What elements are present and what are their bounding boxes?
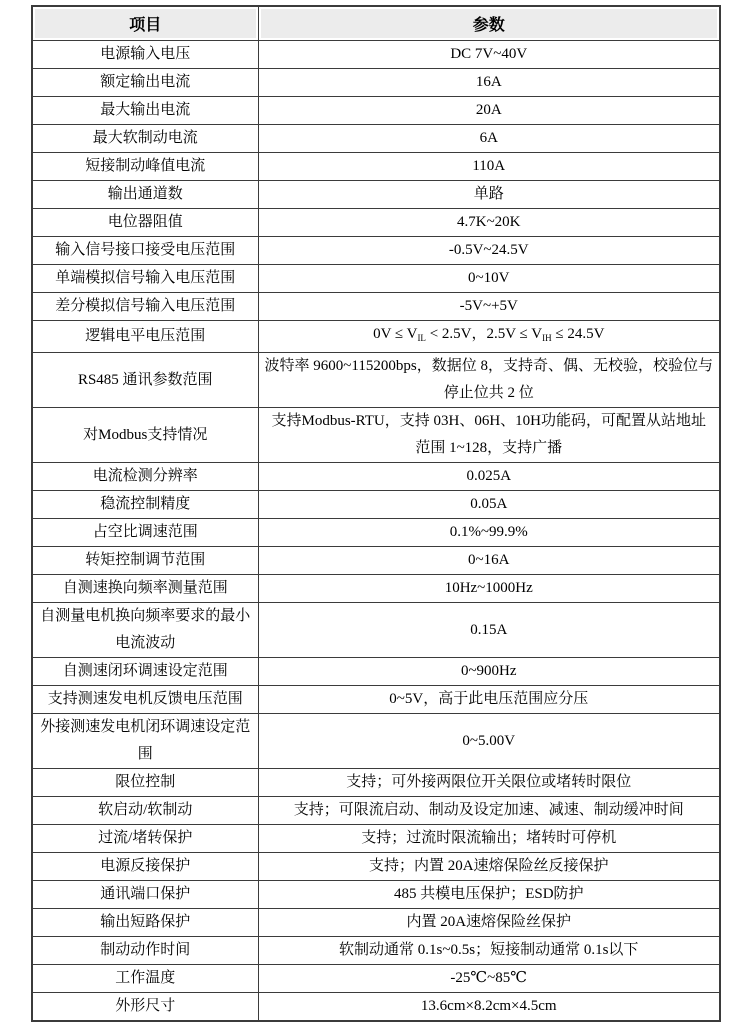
item-cell: 工作温度 bbox=[32, 965, 258, 993]
item-cell: 通讯端口保护 bbox=[32, 881, 258, 909]
param-cell: 内置 20A速熔保险丝保护 bbox=[258, 909, 720, 937]
param-cell: 0~900Hz bbox=[258, 658, 720, 686]
param-cell: 支持；可外接两限位开关限位或堵转时限位 bbox=[258, 769, 720, 797]
table-row: 自测速闭环调速设定范围 0~900Hz bbox=[32, 658, 720, 686]
param-cell: 支持；过流时限流输出；堵转时可停机 bbox=[258, 825, 720, 853]
item-cell: 额定输出电流 bbox=[32, 69, 258, 97]
table-row: 稳流控制精度 0.05A bbox=[32, 491, 720, 519]
param-cell: 10Hz~1000Hz bbox=[258, 575, 720, 603]
item-cell: 输出短路保护 bbox=[32, 909, 258, 937]
table-row: 通讯端口保护 485 共模电压保护；ESD防护 bbox=[32, 881, 720, 909]
item-cell: 软启动/软制动 bbox=[32, 797, 258, 825]
table-row: 输出通道数 单路 bbox=[32, 181, 720, 209]
param-cell: 16A bbox=[258, 69, 720, 97]
item-cell: 输出通道数 bbox=[32, 181, 258, 209]
param-text: 0V ≤ V bbox=[373, 326, 417, 342]
param-subscript: IH bbox=[542, 333, 552, 343]
spec-table-header: 项目 参数 bbox=[32, 6, 720, 41]
table-row: 差分模拟信号输入电压范围 -5V~+5V bbox=[32, 293, 720, 321]
table-row: 对Modbus支持情况 支持Modbus-RTU，支持 03H、06H、10H功… bbox=[32, 408, 720, 463]
table-row: 电流检测分辨率 0.025A bbox=[32, 463, 720, 491]
param-text: < 2.5V，2.5V ≤ V bbox=[426, 326, 542, 342]
table-row: 软启动/软制动 支持；可限流启动、制动及设定加速、减速、制动缓冲时间 bbox=[32, 797, 720, 825]
param-cell: -25℃~85℃ bbox=[258, 965, 720, 993]
param-cell: 0~5.00V bbox=[258, 714, 720, 769]
param-cell: 0.025A bbox=[258, 463, 720, 491]
item-cell: 占空比调速范围 bbox=[32, 519, 258, 547]
param-cell: 20A bbox=[258, 97, 720, 125]
spec-table: 项目 参数 电源输入电压 DC 7V~40V 额定输出电流 16A 最大输出电流… bbox=[31, 5, 721, 1022]
item-cell: 自测速换向频率测量范围 bbox=[32, 575, 258, 603]
item-cell: 最大输出电流 bbox=[32, 97, 258, 125]
table-row: 单端模拟信号输入电压范围 0~10V bbox=[32, 265, 720, 293]
param-cell: 110A bbox=[258, 153, 720, 181]
table-row: 外形尺寸 13.6cm×8.2cm×4.5cm bbox=[32, 993, 720, 1022]
param-cell: 0.15A bbox=[258, 603, 720, 658]
table-row: 电源输入电压 DC 7V~40V bbox=[32, 41, 720, 69]
item-cell: 外形尺寸 bbox=[32, 993, 258, 1022]
table-row: 过流/堵转保护 支持；过流时限流输出；堵转时可停机 bbox=[32, 825, 720, 853]
param-cell: 软制动通常 0.1s~0.5s；短接制动通常 0.1s以下 bbox=[258, 937, 720, 965]
header-row: 项目 参数 bbox=[32, 6, 720, 41]
table-row: 自测速换向频率测量范围 10Hz~1000Hz bbox=[32, 575, 720, 603]
table-row: 短接制动峰值电流 110A bbox=[32, 153, 720, 181]
param-cell: DC 7V~40V bbox=[258, 41, 720, 69]
param-subscript: IL bbox=[417, 333, 426, 343]
item-cell: 过流/堵转保护 bbox=[32, 825, 258, 853]
param-cell: 0.05A bbox=[258, 491, 720, 519]
table-row: 限位控制 支持；可外接两限位开关限位或堵转时限位 bbox=[32, 769, 720, 797]
param-cell: 支持；内置 20A速熔保险丝反接保护 bbox=[258, 853, 720, 881]
param-cell: 0~10V bbox=[258, 265, 720, 293]
item-cell: 电流检测分辨率 bbox=[32, 463, 258, 491]
param-cell: -5V~+5V bbox=[258, 293, 720, 321]
item-cell: 电源反接保护 bbox=[32, 853, 258, 881]
param-cell: 0~16A bbox=[258, 547, 720, 575]
table-row: RS485 通讯参数范围 波特率 9600~115200bps，数据位 8，支持… bbox=[32, 353, 720, 408]
table-row: 最大输出电流 20A bbox=[32, 97, 720, 125]
table-row: 逻辑电平电压范围 0V ≤ VIL < 2.5V，2.5V ≤ VIH ≤ 24… bbox=[32, 321, 720, 353]
table-row: 占空比调速范围 0.1%~99.9% bbox=[32, 519, 720, 547]
param-cell: 支持Modbus-RTU，支持 03H、06H、10H功能码，可配置从站地址范围… bbox=[258, 408, 720, 463]
param-cell: 485 共模电压保护；ESD防护 bbox=[258, 881, 720, 909]
item-cell: 输入信号接口接受电压范围 bbox=[32, 237, 258, 265]
item-cell: 限位控制 bbox=[32, 769, 258, 797]
item-cell: 支持测速发电机反馈电压范围 bbox=[32, 686, 258, 714]
item-cell: 自测量电机换向频率要求的最小电流波动 bbox=[32, 603, 258, 658]
item-cell: 短接制动峰值电流 bbox=[32, 153, 258, 181]
item-cell: 逻辑电平电压范围 bbox=[32, 321, 258, 353]
param-cell: 0~5V，高于此电压范围应分压 bbox=[258, 686, 720, 714]
item-cell: 自测速闭环调速设定范围 bbox=[32, 658, 258, 686]
param-cell: 4.7K~20K bbox=[258, 209, 720, 237]
table-row: 支持测速发电机反馈电压范围 0~5V，高于此电压范围应分压 bbox=[32, 686, 720, 714]
item-cell: 对Modbus支持情况 bbox=[32, 408, 258, 463]
item-cell: 转矩控制调节范围 bbox=[32, 547, 258, 575]
item-cell: 电位器阻值 bbox=[32, 209, 258, 237]
table-row: 额定输出电流 16A bbox=[32, 69, 720, 97]
param-text: ≤ 24.5V bbox=[552, 326, 605, 342]
table-row: 输出短路保护 内置 20A速熔保险丝保护 bbox=[32, 909, 720, 937]
table-row: 电位器阻值 4.7K~20K bbox=[32, 209, 720, 237]
param-cell: 支持；可限流启动、制动及设定加速、减速、制动缓冲时间 bbox=[258, 797, 720, 825]
param-cell: 6A bbox=[258, 125, 720, 153]
table-row: 转矩控制调节范围 0~16A bbox=[32, 547, 720, 575]
param-cell: 单路 bbox=[258, 181, 720, 209]
header-param-cell: 参数 bbox=[258, 6, 720, 41]
item-cell: 差分模拟信号输入电压范围 bbox=[32, 293, 258, 321]
table-row: 制动动作时间 软制动通常 0.1s~0.5s；短接制动通常 0.1s以下 bbox=[32, 937, 720, 965]
item-cell: 电源输入电压 bbox=[32, 41, 258, 69]
item-cell: 最大软制动电流 bbox=[32, 125, 258, 153]
page: 项目 参数 电源输入电压 DC 7V~40V 额定输出电流 16A 最大输出电流… bbox=[0, 0, 750, 1026]
header-item-cell: 项目 bbox=[32, 6, 258, 41]
table-row: 工作温度 -25℃~85℃ bbox=[32, 965, 720, 993]
spec-table-body: 电源输入电压 DC 7V~40V 额定输出电流 16A 最大输出电流 20A 最… bbox=[32, 41, 720, 1022]
table-row: 外接测速发电机闭环调速设定范围 0~5.00V bbox=[32, 714, 720, 769]
param-cell: 0V ≤ VIL < 2.5V，2.5V ≤ VIH ≤ 24.5V bbox=[258, 321, 720, 353]
param-cell: 13.6cm×8.2cm×4.5cm bbox=[258, 993, 720, 1022]
table-row: 最大软制动电流 6A bbox=[32, 125, 720, 153]
item-cell: RS485 通讯参数范围 bbox=[32, 353, 258, 408]
param-cell: -0.5V~24.5V bbox=[258, 237, 720, 265]
item-cell: 单端模拟信号输入电压范围 bbox=[32, 265, 258, 293]
table-row: 输入信号接口接受电压范围 -0.5V~24.5V bbox=[32, 237, 720, 265]
item-cell: 制动动作时间 bbox=[32, 937, 258, 965]
table-row: 电源反接保护 支持；内置 20A速熔保险丝反接保护 bbox=[32, 853, 720, 881]
item-cell: 外接测速发电机闭环调速设定范围 bbox=[32, 714, 258, 769]
param-cell: 0.1%~99.9% bbox=[258, 519, 720, 547]
item-cell: 稳流控制精度 bbox=[32, 491, 258, 519]
table-row: 自测量电机换向频率要求的最小电流波动 0.15A bbox=[32, 603, 720, 658]
param-cell: 波特率 9600~115200bps，数据位 8，支持奇、偶、无校验，校验位与停… bbox=[258, 353, 720, 408]
